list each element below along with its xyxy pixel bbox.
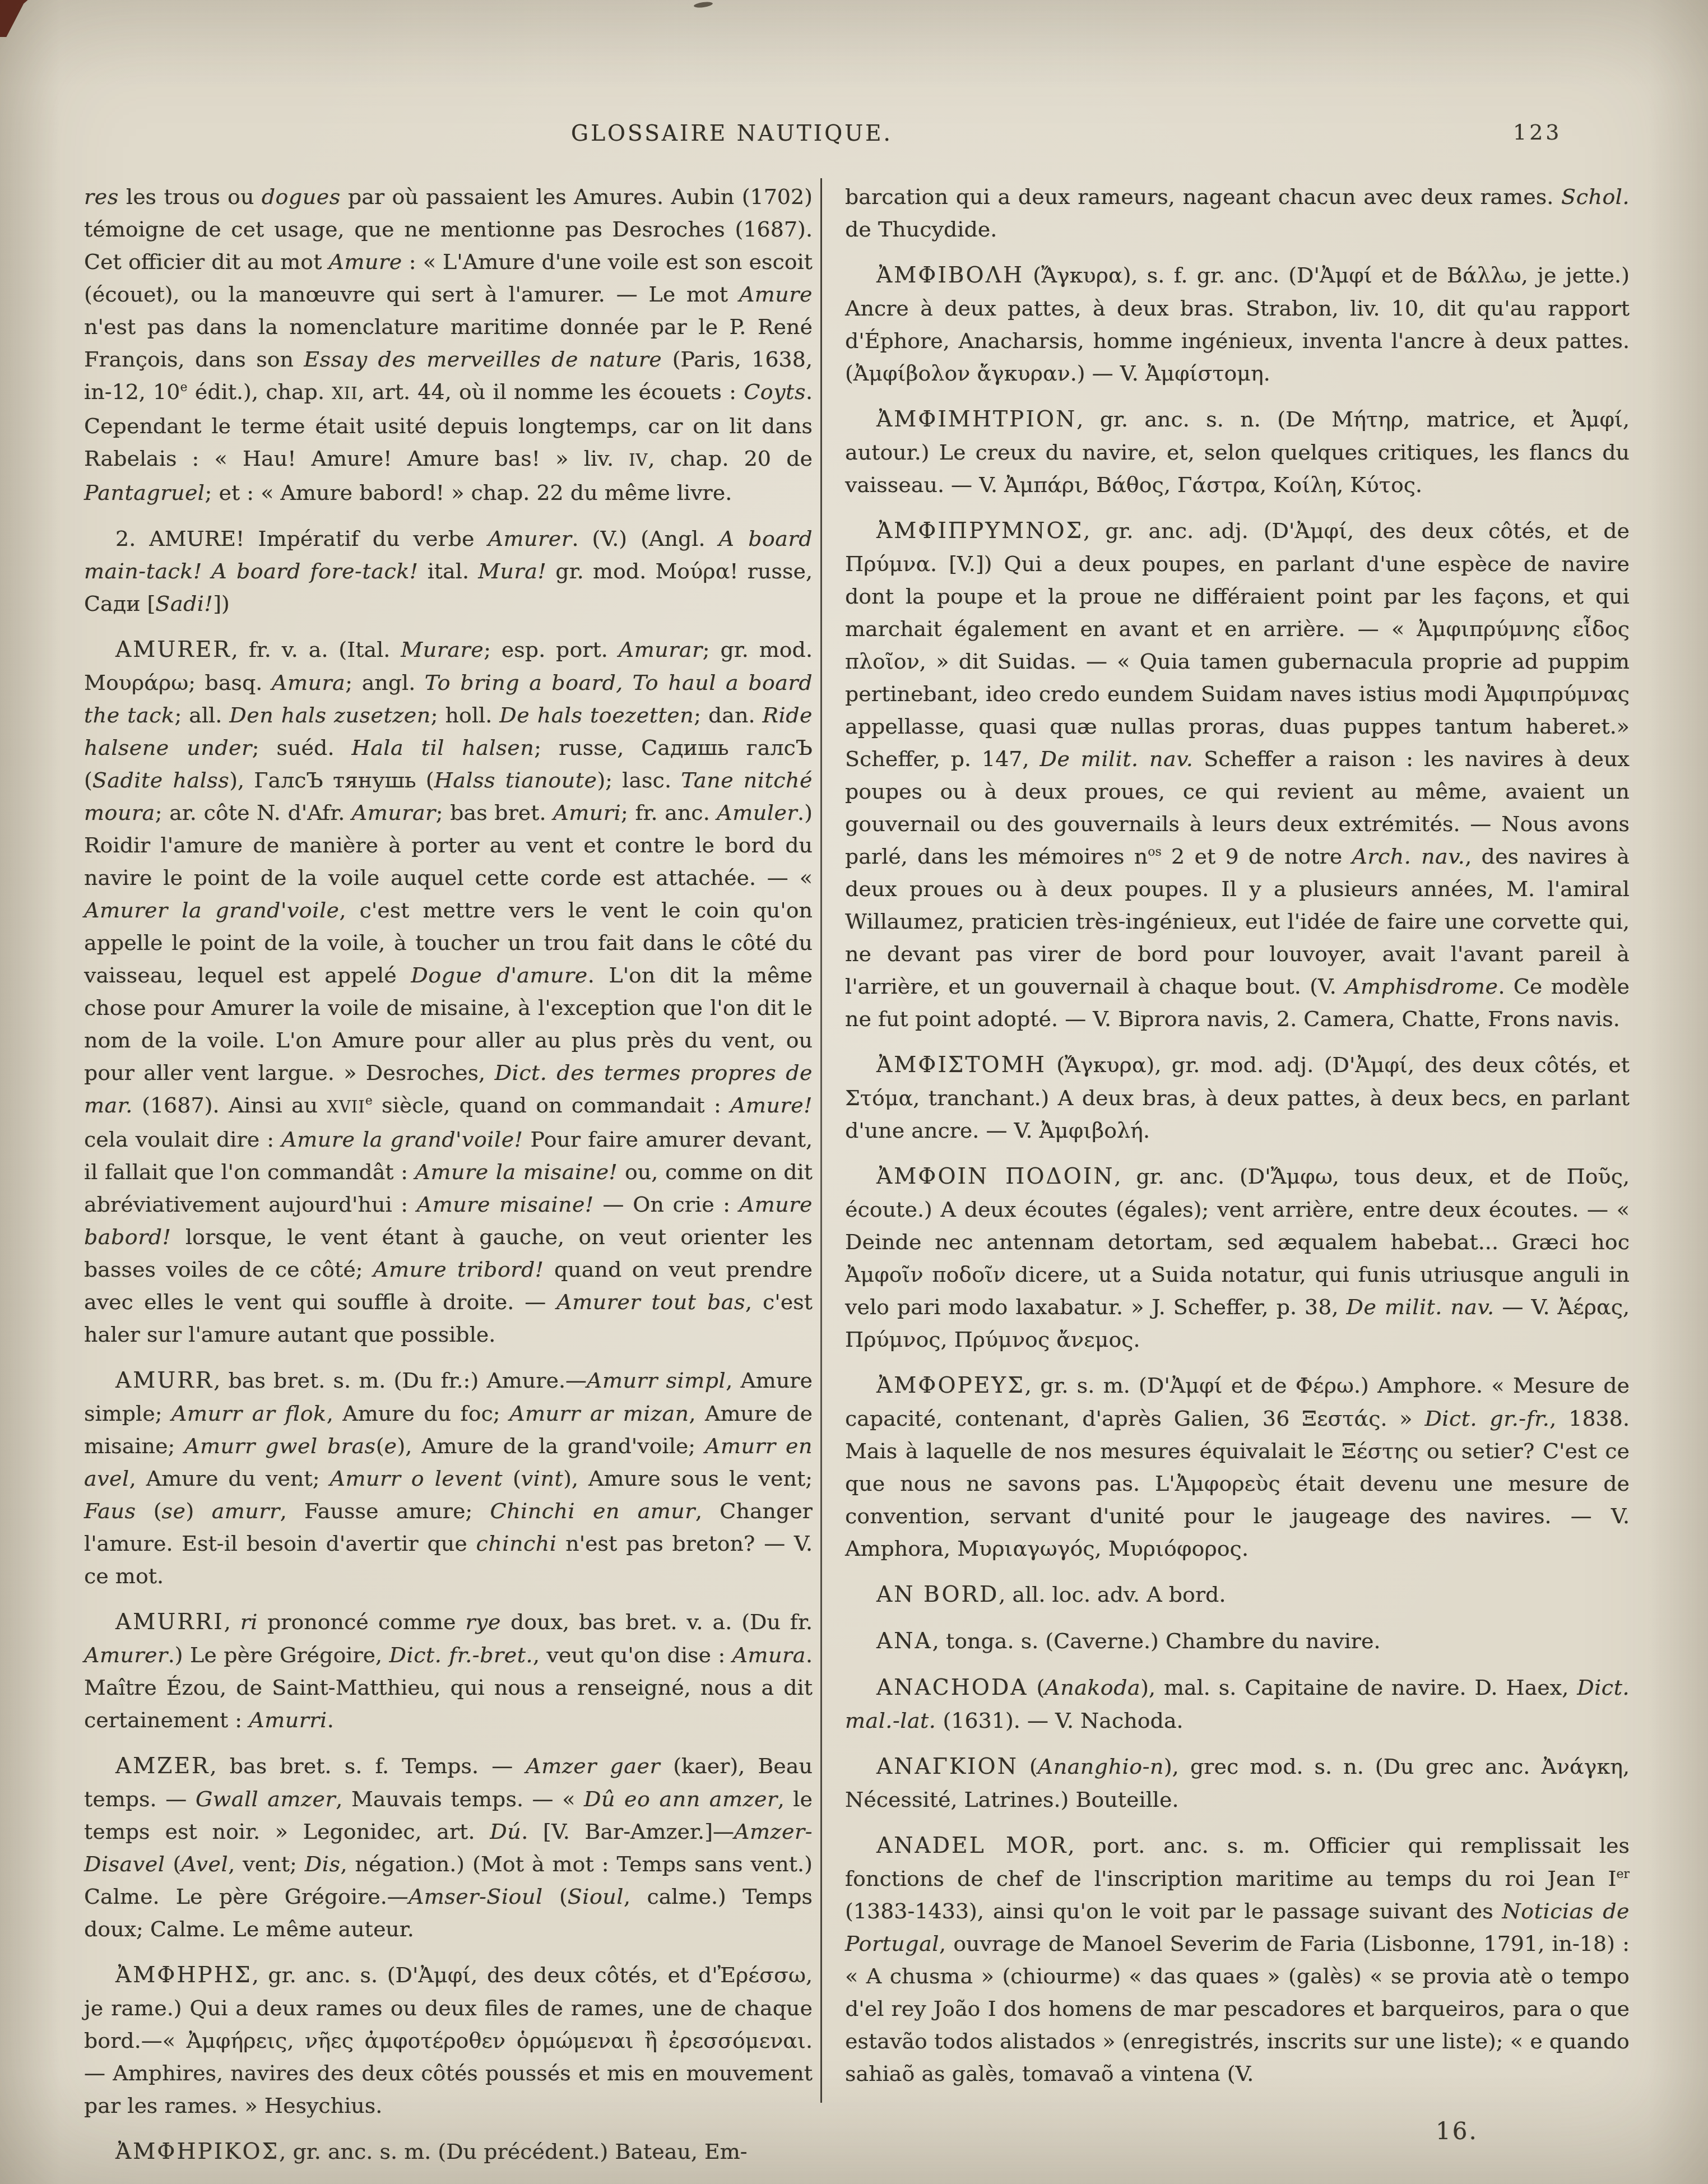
entry-paragraph: ἈΜΦΙΜΗΤΡΙΟΝ, gr. anc. s. n. (De Μήτηρ, m…: [845, 403, 1630, 501]
entry-paragraph: AMZER, bas bret. s. f. Temps. — Amzer ga…: [84, 1750, 813, 1945]
column-divider-rule: [820, 178, 822, 2103]
page-number: 123: [1513, 120, 1562, 145]
entry-paragraph: ΑΝΑΓΚΙΟΝ (Ananghio-n), grec mod. s. n. (…: [845, 1750, 1630, 1816]
entry-paragraph: res les trous ou dogues par où passaient…: [84, 180, 813, 509]
entry-paragraph: ἈΜΦΙΒΟΛΗ (Ἄγκυρα), s. f. gr. anc. (D'Ἀμφ…: [845, 259, 1630, 389]
entry-paragraph: ἈΜΦΙΠΡΥΜΝΟΣ, gr. anc. adj. (D'Ἀμφί, des …: [845, 514, 1630, 1035]
entry-paragraph: AMURER, fr. v. a. (Ital. Murare; esp. po…: [84, 633, 813, 1351]
page-title: GLOSSAIRE NAUTIQUE.: [571, 121, 893, 146]
entry-paragraph: 2. AMURE! Impératif du verbe Amurer. (V.…: [84, 522, 813, 620]
running-head: GLOSSAIRE NAUTIQUE. 123: [0, 0, 1708, 163]
entry-paragraph: barcation qui a deux rameurs, nageant ch…: [845, 180, 1630, 245]
entry-paragraph: ἈΜΦΙΣΤΟΜΗ (Ἄγκυρα), gr. mod. adj. (D'Ἀμφ…: [845, 1049, 1630, 1147]
entry-paragraph: AN BORD, all. loc. adv. A bord.: [845, 1578, 1630, 1611]
entry-paragraph: ANACHODA (Anakoda), mal. s. Capitaine de…: [845, 1671, 1630, 1737]
entry-paragraph: ANADEL MOR, port. anc. s. m. Officier qu…: [845, 1829, 1630, 2090]
left-column: res les trous ou dogues par où passaient…: [84, 180, 813, 2168]
entry-paragraph: ἈΜΦΟΡΕΥΣ, gr. s. m. (D'Ἀμφί et de Φέρω.)…: [845, 1369, 1630, 1565]
book-page: GLOSSAIRE NAUTIQUE. 123 res les trous ou…: [0, 0, 1708, 2184]
entry-paragraph: ἈΜΦΗΡΗΣ, gr. anc. s. (D'Ἀμφί, des deux c…: [84, 1959, 813, 2122]
entry-paragraph: ANA, tonga. s. (Caverne.) Chambre du nav…: [845, 1625, 1630, 1658]
entry-paragraph: AMURRI, ri prononcé comme rye doux, bas …: [84, 1606, 813, 1736]
entry-paragraph: ἈΜΦΗΡΙΚΟΣ, gr. anc. s. m. (Du précédent.…: [84, 2135, 813, 2168]
signature-mark: 16.: [1436, 2117, 1478, 2145]
entry-paragraph: AMURR, bas bret. s. m. (Du fr.:) Amure.—…: [84, 1364, 813, 1592]
entry-paragraph: ἈΜΦΟΙΝ ΠΟΔΟΙΝ, gr. anc. (D'Ἄμφω, tous de…: [845, 1160, 1630, 1356]
right-column: barcation qui a deux rameurs, nageant ch…: [845, 180, 1630, 2090]
